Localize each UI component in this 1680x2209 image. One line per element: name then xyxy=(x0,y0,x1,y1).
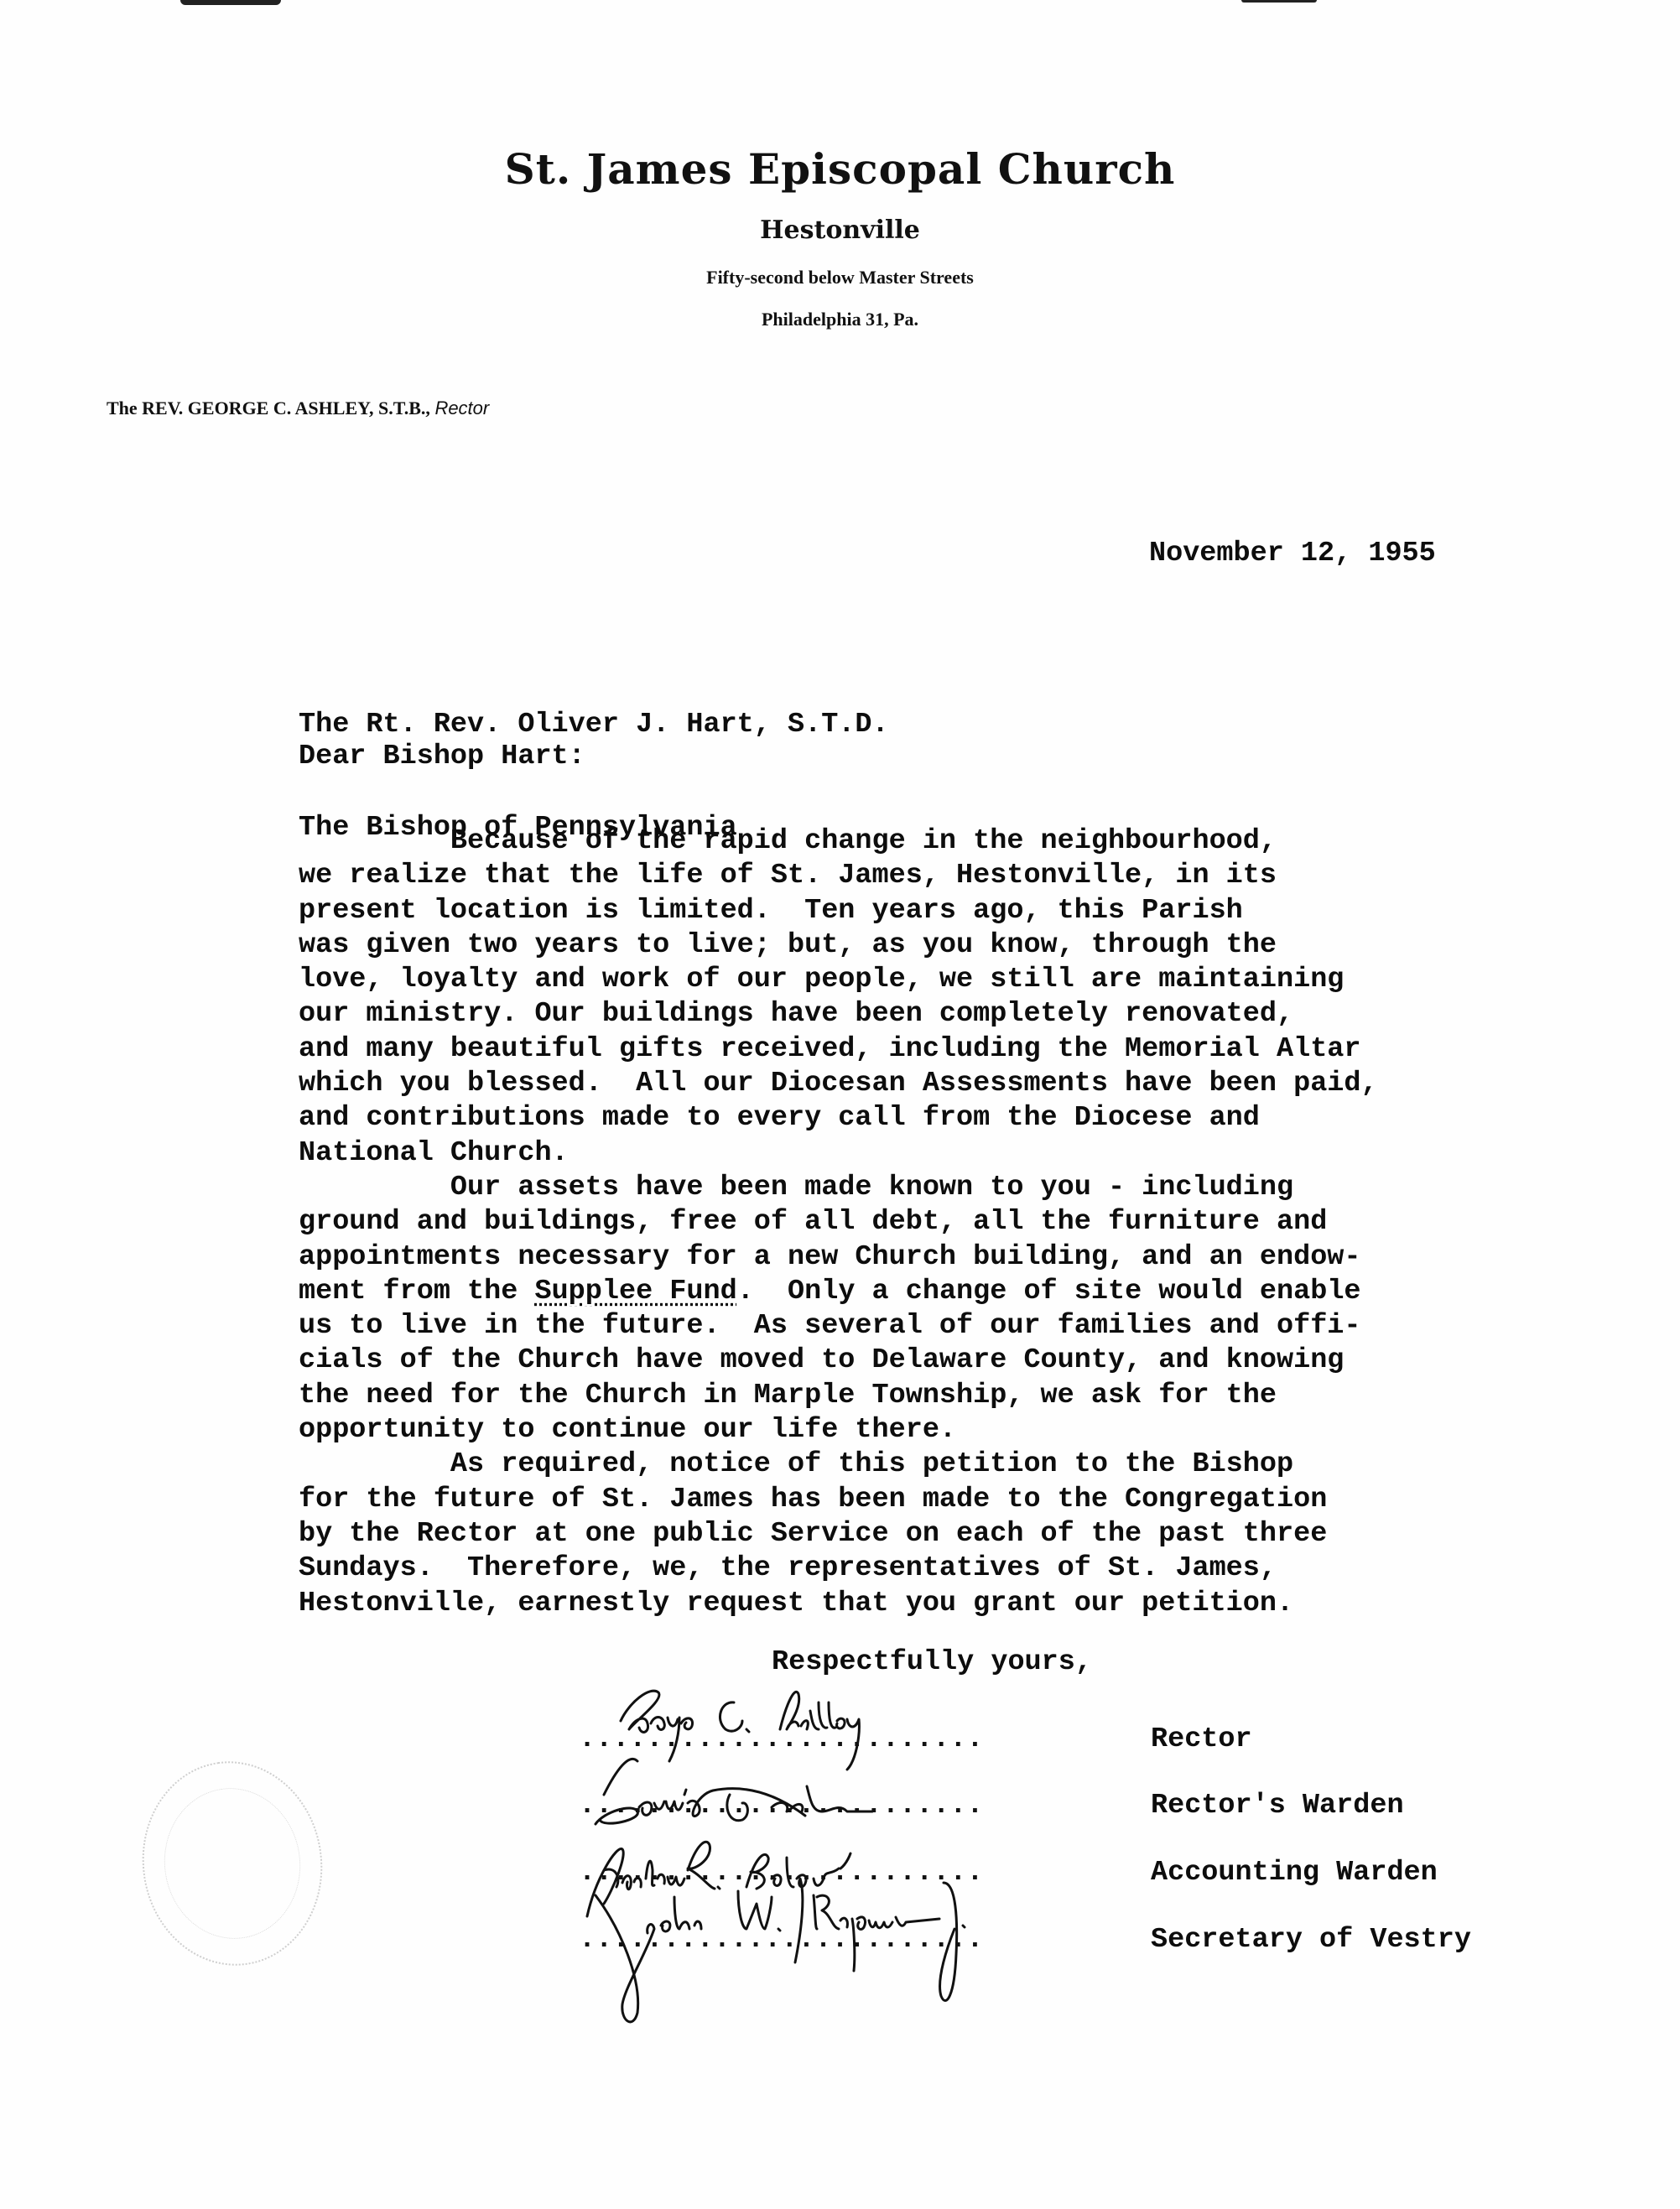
signatory-title: Secretary of Vestry xyxy=(1151,1924,1471,1956)
salutation: Dear Bishop Hart: xyxy=(299,740,585,774)
underlined-phrase: Supplee Fund xyxy=(534,1276,736,1307)
body-line: National Church. xyxy=(299,1136,1378,1171)
signatory-title: Accounting Warden xyxy=(1151,1857,1438,1889)
rector-role: Rector xyxy=(434,398,489,418)
scan-artifact xyxy=(1241,0,1317,3)
body-line: and contributions made to every call fro… xyxy=(299,1101,1378,1136)
letter-body: Because of the rapid change in the neigh… xyxy=(299,824,1378,1621)
letterhead-rector: The REV. GEORGE C. ASHLEY, S.T.B., Recto… xyxy=(107,398,489,419)
body-line: Sundays. Therefore, we, the representati… xyxy=(299,1551,1378,1586)
letterhead-address-line1: Fifty-second below Master Streets xyxy=(0,267,1680,288)
body-line: us to live in the future. As several of … xyxy=(299,1309,1378,1344)
letterhead-parish: Hestonville xyxy=(0,216,1680,245)
body-line: by the Rector at one public Service on e… xyxy=(299,1517,1378,1551)
body-line: present location is limited. Ten years a… xyxy=(299,894,1378,928)
body-line: ground and buildings, free of all debt, … xyxy=(299,1205,1378,1240)
body-line: the need for the Church in Marple Townsh… xyxy=(299,1379,1378,1413)
body-line: love, loyalty and work of our people, we… xyxy=(299,963,1378,997)
body-line: As required, notice of this petition to … xyxy=(299,1448,1378,1482)
closing: Respectfully yours, xyxy=(772,1645,1092,1680)
body-line: for the future of St. James has been mad… xyxy=(299,1483,1378,1517)
body-line: appointments necessary for a new Church … xyxy=(299,1240,1378,1275)
letter-date: November 12, 1955 xyxy=(1149,537,1436,571)
body-line: opportunity to continue our life there. xyxy=(299,1413,1378,1448)
signature-rectors-warden xyxy=(596,1759,872,1824)
body-line: our ministry. Our buildings have been co… xyxy=(299,997,1378,1032)
letterhead-church-name: St. James Episcopal Church xyxy=(0,144,1680,194)
rector-name: The REV. GEORGE C. ASHLEY, S.T.B., xyxy=(107,398,430,418)
scan-artifact xyxy=(180,0,281,5)
body-line: Our assets have been made known to you -… xyxy=(299,1171,1378,1205)
signature-john-w-jr xyxy=(596,1883,965,2022)
letterhead-address-line2: Philadelphia 31, Pa. xyxy=(0,309,1680,330)
addressee-line: The Rt. Rev. Oliver J. Hart, S.T.D. xyxy=(299,708,889,742)
body-line: ment from the Supplee Fund. Only a chang… xyxy=(299,1275,1378,1309)
body-line: Because of the rapid change in the neigh… xyxy=(299,824,1378,859)
embossed-seal xyxy=(129,1749,335,1977)
body-line: Hestonville, earnestly request that you … xyxy=(299,1587,1378,1621)
body-line: cials of the Church have moved to Delawa… xyxy=(299,1344,1378,1378)
body-line: we realize that the life of St. James, H… xyxy=(299,859,1378,893)
letter-page: St. James Episcopal Church Hestonville F… xyxy=(0,0,1680,2209)
signatory-title: Rector's Warden xyxy=(1151,1790,1404,1822)
handwritten-signatures xyxy=(570,1677,1124,2030)
body-line: which you blessed. All our Diocesan Asse… xyxy=(299,1067,1378,1101)
body-line: and many beautiful gifts received, inclu… xyxy=(299,1032,1378,1067)
signature-george-c-ashley xyxy=(621,1691,859,1770)
signature-andrew-r-bolger xyxy=(587,1842,850,1962)
body-line: was given two years to live; but, as you… xyxy=(299,928,1378,963)
signatory-title: Rector xyxy=(1151,1723,1252,1755)
